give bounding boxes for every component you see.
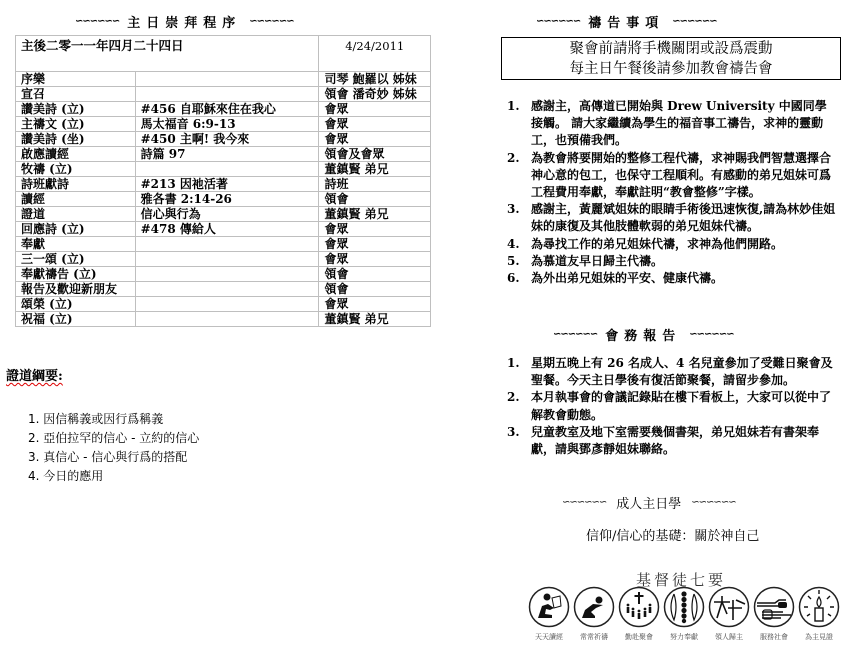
order-of-worship-table: 主後二零一一年四月二十四日 4/24/2011 序樂司琴 鮑羅以 姊妹宣召領會 … <box>15 35 431 327</box>
church-report-heading: ∽∽∽∽∽∽會務報告∽∽∽∽∽∽ <box>553 325 734 344</box>
essential-item: 常常祈禱 <box>573 586 615 642</box>
essential-item: 努力奉獻 <box>663 586 705 642</box>
essential-label: 勤赴聚會 <box>625 632 653 642</box>
essential-label: 常常祈禱 <box>580 632 608 642</box>
cell-content <box>135 312 319 327</box>
cell-content: 雅各書 2:14-26 <box>135 192 319 207</box>
cell-item: 頌榮 (立) <box>16 297 136 312</box>
report-item: 3.兒童教室及地下室需要幾個書架，弟兄姐妹若有書架奉獻，請與鄧彥靜姐妹聯絡。 <box>507 424 837 458</box>
church-report-list: 1.星期五晚上有 26 名成人、4 名兒童參加了受難日聚會及聖餐。今天主日學後有… <box>507 355 837 458</box>
prayer-item: 1.感謝主，高傳道已開始與 Drew University 中國同學接觸。 請大… <box>507 98 837 150</box>
table-row: 讚美詩 (立)#456 自耶穌來住在我心會眾 <box>16 102 431 117</box>
essential-item: 服務社會 <box>753 586 795 642</box>
essential-label: 天天讀經 <box>535 632 563 642</box>
wavy-ornament-icon: ∽∽∽∽∽∽ <box>249 16 293 27</box>
prayer-item: 6.為外出弟兄姐妹的平安、健康代禱。 <box>507 270 837 287</box>
cell-leader: 領會 <box>319 192 431 207</box>
prayer-requests-list: 1.感謝主，高傳道已開始與 Drew University 中國同學接觸。 請大… <box>507 98 837 287</box>
outline-point: 3. 真信心 - 信心與行爲的搭配 <box>28 448 199 467</box>
sermon-outline-list: 1. 因信稱義或因行爲稱義 2. 亞伯拉罕的信心 - 立約的信心 3. 真信心 … <box>28 410 199 486</box>
wavy-ornament-icon: ∽∽∽∽∽∽ <box>672 16 716 27</box>
cell-item: 詩班獻詩 <box>16 177 136 192</box>
cell-item: 證道 <box>16 207 136 222</box>
cell-content <box>135 72 319 87</box>
notice-line: 聚會前請將手機關閉或設爲震動 <box>502 39 840 59</box>
cell-item: 祝福 (立) <box>16 312 136 327</box>
prayer-requests-heading: ∽∽∽∽∽∽禱告事項∽∽∽∽∽∽ <box>536 12 717 31</box>
cell-leader: 董鎮賢 弟兄 <box>319 312 431 327</box>
table-row: 奉獻會眾 <box>16 237 431 252</box>
cell-content <box>135 282 319 297</box>
essential-item: 勤赴聚會 <box>618 586 660 642</box>
cell-leader: 會眾 <box>319 237 431 252</box>
table-row: 詩班獻詩#213 因祂活著詩班 <box>16 177 431 192</box>
table-row: 報告及歡迎新朋友領會 <box>16 282 431 297</box>
cell-content <box>135 252 319 267</box>
cell-item: 啟應讀經 <box>16 147 136 162</box>
prayer-item: 5.為慕道友早日歸主代禱。 <box>507 253 837 270</box>
outline-point: 1. 因信稱義或因行爲稱義 <box>28 410 199 429</box>
report-item: 1.星期五晚上有 26 名成人、4 名兒童參加了受難日聚會及聖餐。今天主日學後有… <box>507 355 837 389</box>
cell-content <box>135 297 319 312</box>
table-row: 主禱文 (立)馬太福音 6:9-13會眾 <box>16 117 431 132</box>
candle-icon <box>798 586 840 628</box>
wavy-ornament-icon: ∽∽∽∽∽∽ <box>536 16 580 27</box>
cell-leader: 董鎮賢 弟兄 <box>319 162 431 177</box>
cell-content <box>135 162 319 177</box>
evangelism-icon <box>708 586 750 628</box>
cell-leader: 詩班 <box>319 177 431 192</box>
cell-item: 主禱文 (立) <box>16 117 136 132</box>
notice-line: 每主日午餐後請參加教會禱告會 <box>502 59 840 79</box>
date-chinese: 主後二零一一年四月二十四日 <box>16 36 319 72</box>
cell-leader: 領會 潘奇妙 姊妹 <box>319 87 431 102</box>
notice-box: 聚會前請將手機關閉或設爲震動 每主日午餐後請參加教會禱告會 <box>501 37 841 80</box>
report-item: 2.本月執事會的會議記錄貼在樓下看板上，大家可以從中了解教會動態。 <box>507 389 837 423</box>
essential-item: 領人歸主 <box>708 586 750 642</box>
cell-item: 序樂 <box>16 72 136 87</box>
cell-leader: 會眾 <box>319 252 431 267</box>
table-row: 牧禱 (立)董鎮賢 弟兄 <box>16 162 431 177</box>
table-row: 三一頌 (立)會眾 <box>16 252 431 267</box>
table-row: 讚美詩 (坐)#450 主啊! 我今來會眾 <box>16 132 431 147</box>
order-of-worship-heading: ∽∽∽∽∽∽主日崇拜程序∽∽∽∽∽∽ <box>75 12 294 31</box>
adult-sunday-school-heading: ∽∽∽∽∽∽成人主日學∽∽∽∽∽∽ <box>562 493 736 512</box>
kneeling-prayer-icon <box>573 586 615 628</box>
cell-item: 讚美詩 (立) <box>16 102 136 117</box>
outline-point: 2. 亞伯拉罕的信心 - 立約的信心 <box>28 429 199 448</box>
cell-item: 牧禱 (立) <box>16 162 136 177</box>
wavy-ornament-icon: ∽∽∽∽∽∽ <box>689 329 733 340</box>
table-row: 回應詩 (立)#478 傳給人會眾 <box>16 222 431 237</box>
sermon-outline-label: 證道綱要: <box>6 365 63 384</box>
essential-label: 服務社會 <box>760 632 788 642</box>
cell-leader: 會眾 <box>319 297 431 312</box>
cell-leader: 會眾 <box>319 102 431 117</box>
cell-leader: 領會 <box>319 282 431 297</box>
church-gathering-icon <box>618 586 660 628</box>
essential-item: 天天讀經 <box>528 586 570 642</box>
cell-item: 三一頌 (立) <box>16 252 136 267</box>
table-row: 啟應讀經詩篇 97領會及會眾 <box>16 147 431 162</box>
cell-content: #213 因祂活著 <box>135 177 319 192</box>
wavy-ornament-icon: ∽∽∽∽∽∽ <box>691 497 735 508</box>
table-row: 頌榮 (立)會眾 <box>16 297 431 312</box>
wavy-ornament-icon: ∽∽∽∽∽∽ <box>553 329 597 340</box>
outline-point: 4. 今日的應用 <box>28 467 199 486</box>
table-row: 證道信心與行為董鎮賢 弟兄 <box>16 207 431 222</box>
cell-item: 報告及歡迎新朋友 <box>16 282 136 297</box>
cell-leader: 司琴 鮑羅以 姊妹 <box>319 72 431 87</box>
adult-sunday-school-topic: 信仰/信心的基礎：關於神自己 <box>586 525 759 544</box>
wavy-ornament-icon: ∽∽∽∽∽∽ <box>75 16 119 27</box>
wavy-ornament-icon: ∽∽∽∽∽∽ <box>562 497 606 508</box>
table-row: 宣召領會 潘奇妙 姊妹 <box>16 87 431 102</box>
cell-leader: 會眾 <box>319 222 431 237</box>
table-row: 讀經雅各書 2:14-26領會 <box>16 192 431 207</box>
cell-content: #450 主啊! 我今來 <box>135 132 319 147</box>
table-row: 祝福 (立)董鎮賢 弟兄 <box>16 312 431 327</box>
order-of-worship-title: 主日崇拜程序 <box>127 16 241 31</box>
cell-content: 信心與行為 <box>135 207 319 222</box>
cell-content <box>135 87 319 102</box>
cell-item: 讀經 <box>16 192 136 207</box>
cell-item: 讚美詩 (坐) <box>16 132 136 147</box>
essential-item: 為主見證 <box>798 586 840 642</box>
cell-item: 宣召 <box>16 87 136 102</box>
seven-essentials-row: 天天讀經 常常祈禱 勤赴聚會 努力奉 <box>528 586 840 642</box>
cell-leader: 領會 <box>319 267 431 282</box>
cell-leader: 會眾 <box>319 132 431 147</box>
table-row: 奉獻禱告 (立)領會 <box>16 267 431 282</box>
essential-label: 為主見證 <box>805 632 833 642</box>
essential-label: 努力奉獻 <box>670 632 698 642</box>
cell-content: 馬太福音 6:9-13 <box>135 117 319 132</box>
cell-item: 回應詩 (立) <box>16 222 136 237</box>
date-numeric: 4/24/2011 <box>319 36 431 72</box>
adult-sunday-school-title: 成人主日學 <box>616 497 681 512</box>
reading-bible-icon <box>528 586 570 628</box>
cell-content <box>135 237 319 252</box>
table-header-row: 主後二零一一年四月二十四日 4/24/2011 <box>16 36 431 72</box>
cell-leader: 領會及會眾 <box>319 147 431 162</box>
fish-offering-icon <box>663 586 705 628</box>
table-row: 序樂司琴 鮑羅以 姊妹 <box>16 72 431 87</box>
prayer-item: 4.為尋找工作的弟兄姐妹代禱，求神為他們開路。 <box>507 236 837 253</box>
cell-content: 詩篇 97 <box>135 147 319 162</box>
cell-leader: 董鎮賢 弟兄 <box>319 207 431 222</box>
prayer-requests-title: 禱告事項 <box>588 16 664 31</box>
prayer-item: 2.為教會將要開始的整修工程代禱，求神賜我們智慧選擇合神心意的包工，也保守工程順… <box>507 150 837 202</box>
cell-leader: 會眾 <box>319 117 431 132</box>
helping-hands-icon <box>753 586 795 628</box>
prayer-item: 3.感謝主，黃麗斌姐妹的眼睛手術後迅速恢復,請為林妙佳姐妹的康復及其他肢體軟弱的… <box>507 201 837 235</box>
cell-content <box>135 267 319 282</box>
cell-item: 奉獻禱告 (立) <box>16 267 136 282</box>
essential-label: 領人歸主 <box>715 632 743 642</box>
cell-content: #456 自耶穌來住在我心 <box>135 102 319 117</box>
cell-item: 奉獻 <box>16 237 136 252</box>
cell-content: #478 傳給人 <box>135 222 319 237</box>
church-report-title: 會務報告 <box>605 329 681 344</box>
